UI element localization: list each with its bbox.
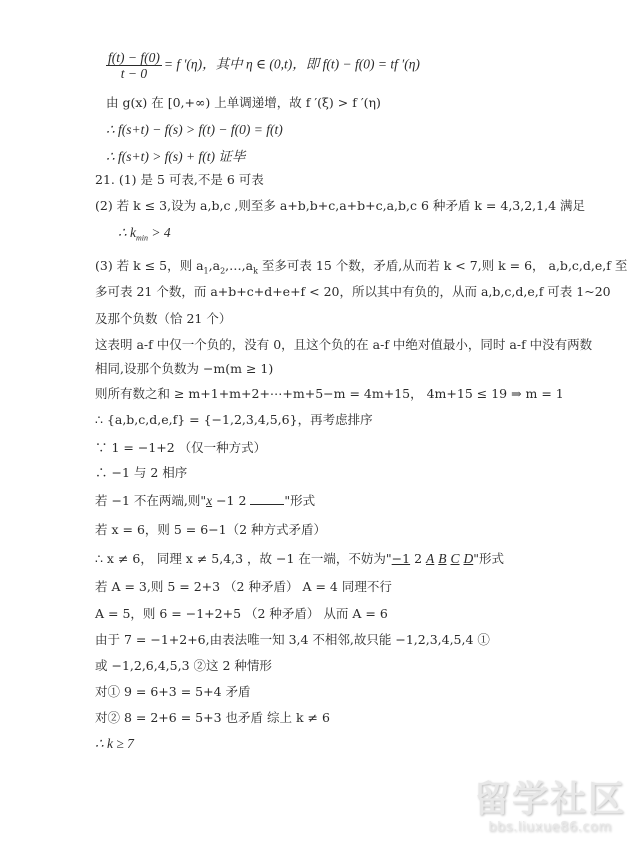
text: 至多可表 15 个数，矛盾,从而若 k < 7,则 k = 6， a,b,c,d… — [258, 258, 627, 273]
fraction-denominator: t − 0 — [106, 66, 162, 81]
subscript-min: min — [136, 234, 148, 243]
site-watermark: 留学社区 bbs.liuxue86.com — [470, 780, 630, 836]
q21-part3-line-q: 对① 9 = 6+3 = 5+4 矛盾 — [95, 684, 251, 700]
watermark-url: bbs.liuxue86.com — [470, 820, 630, 836]
q21-part3-line-a: (3) 若 k ≤ 5，则 a1,a2,…,ak 至多可表 15 个数，矛盾,从… — [95, 258, 627, 280]
q21-part1: 21. (1) 是 5 可表,不是 6 可表 — [95, 172, 264, 188]
text: (3) 若 k ≤ 5，则 a — [95, 258, 204, 273]
blank-underline — [250, 494, 284, 505]
watermark-title: 留学社区 — [470, 780, 630, 820]
q21-part3-line-e: 相同,设那个负数为 −m(m ≥ 1) — [95, 361, 273, 377]
text: 若 −1 不在两端,则" — [95, 493, 206, 508]
text: "形式 — [473, 551, 504, 566]
text: ∴ x ≠ 6， 同理 x ≠ 5,4,3 ，故 −1 在一端，不妨为" — [95, 551, 392, 566]
text: −1 2 — [212, 493, 250, 508]
q21-part3-line-l: ∴ x ≠ 6， 同理 x ≠ 5,4,3 ，故 −1 在一端，不妨为"−1 2… — [95, 551, 504, 567]
q21-part3-line-c: 及那个负数（恰 21 个） — [95, 311, 231, 327]
proof-line-inequality: ∴ f(s+t) − f(s) > f(t) − f(0) = f(t) — [106, 122, 283, 138]
greater-than-4: > 4 — [148, 225, 171, 240]
proof-line-monotonic: 由 g(x) 在 [0,+∞) 上单调递增，故 f ′(ξ) > f ′(η) — [106, 95, 381, 111]
seq-item: B — [438, 551, 446, 566]
seq-item: D — [464, 551, 474, 566]
proof-line-mean-value: f(t) − f(0) t − 0 = f ′(η)，其中 η ∈ (0,t)，… — [106, 50, 420, 81]
seq-item: −1 — [392, 551, 410, 566]
q21-part3-line-h: ∵ 1 = −1+2 （仅一种方式） — [95, 440, 266, 456]
therefore-k: ∴ k — [118, 225, 136, 240]
q21-part3-line-g: ∴ {a,b,c,d,e,f} = {−1,2,3,4,5,6}，再考虑排序 — [95, 412, 373, 428]
text: ,…,a — [225, 258, 253, 273]
q21-part3-line-k: 若 x = 6，则 5 = 6−1（2 种方式矛盾） — [95, 522, 326, 538]
fraction-numerator: f(t) − f(0) — [106, 50, 162, 66]
q21-part3-line-j: 若 −1 不在两端,则"x −1 2 "形式 — [95, 493, 315, 509]
seq-item: C — [451, 551, 460, 566]
text: "形式 — [284, 493, 315, 508]
q21-part3-line-d: 这表明 a-f 中仅一个负的，没有 0，且这个负的在 a-f 中绝对值最小，同时… — [95, 337, 592, 353]
q21-part3-line-r: 对② 8 = 2+6 = 5+3 也矛盾 综上 k ≠ 6 — [95, 710, 330, 726]
text: ,a — [209, 258, 220, 273]
q21-part3-line-n: A = 5，则 6 = −1+2+5 （2 种矛盾） 从而 A = 6 — [95, 606, 388, 622]
q21-part3-line-s: ∴ k ≥ 7 — [95, 736, 134, 752]
q21-part3-line-f: 则所有数之和 ≥ m+1+m+2+⋯+m+5−m = 4m+15， 4m+15 … — [95, 386, 564, 402]
q21-part3-line-i: ∴ −1 与 2 相序 — [95, 465, 187, 481]
mean-value-statement: = f ′(η)，其中 η ∈ (0,t)，即 f(t) − f(0) = tf… — [164, 57, 420, 72]
fraction: f(t) − f(0) t − 0 — [106, 50, 162, 81]
q21-part2-conclusion: ∴ kmin > 4 — [118, 225, 171, 247]
q21-part3-line-p: 或 −1,2,6,4,5,3 ②这 2 种情形 — [95, 658, 272, 674]
proof-line-conclusion: ∴ f(s+t) > f(s) + f(t) 证毕 — [106, 149, 245, 165]
q21-part3-line-b: 多可表 21 个数，而 a+b+c+d+e+f < 20，所以其中有负的，从而 … — [95, 284, 611, 300]
seq-item: 2 — [414, 551, 422, 566]
q21-part3-line-o: 由于 7 = −1+2+6,由表法唯一知 3,4 不相邻,故只能 −1,2,3,… — [95, 632, 490, 648]
q21-part2: (2) 若 k ≤ 3,设为 a,b,c ,则至多 a+b,b+c,a+b+c,… — [95, 198, 585, 214]
q21-part3-line-m: 若 A = 3,则 5 = 2+3 （2 种矛盾） A = 4 同理不行 — [95, 579, 392, 595]
seq-item: A — [426, 551, 434, 566]
